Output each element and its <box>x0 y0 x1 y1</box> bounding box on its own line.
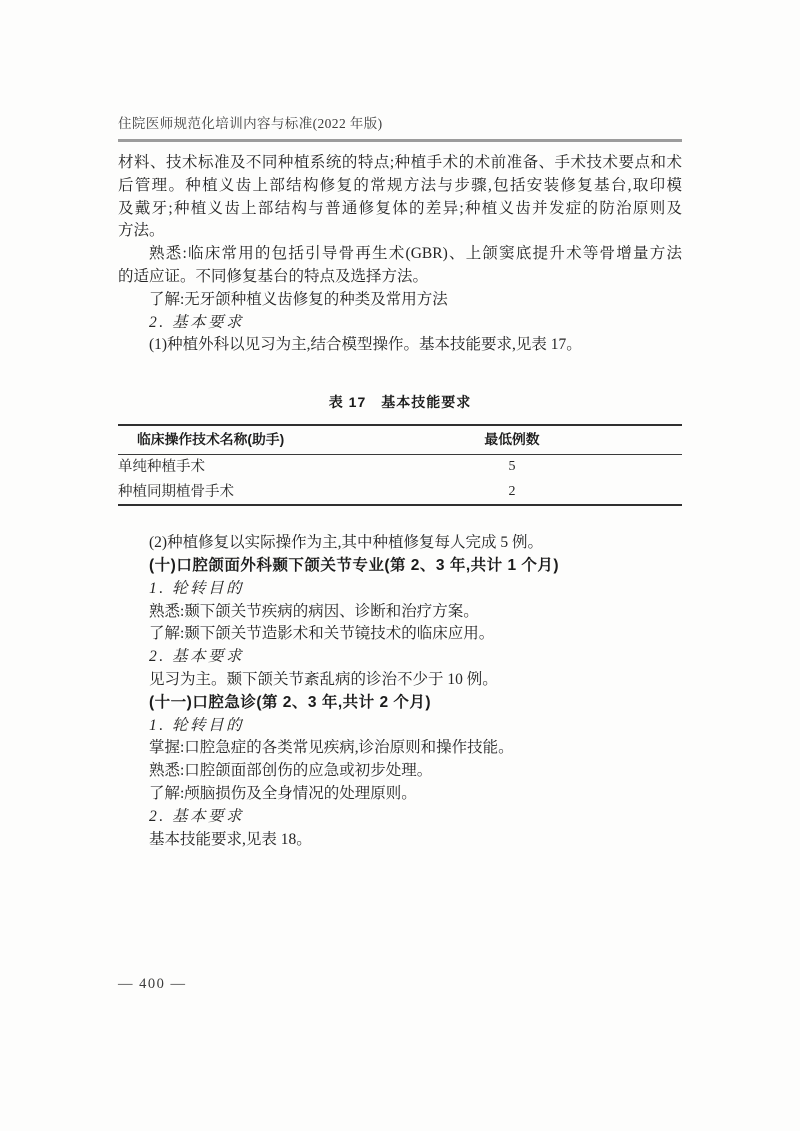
text-line: (1)种植外科以见习为主,结合模型操作。基本技能要求,见表 17。 <box>118 334 682 357</box>
text-line: 基本技能要求,见表 18。 <box>118 829 682 852</box>
table17-block: 表 17 基本技能要求 临床操作技术名称(助手) 最低例数 单纯种植手术5种植同… <box>118 392 682 506</box>
paragraph: (2)种植修复以实际操作为主,其中种植修复每人完成 5 例。 <box>118 532 682 555</box>
paragraph: 掌握:口腔急症的各类常见疾病,诊治原则和操作技能。 <box>118 737 682 760</box>
paragraph: 熟悉:颞下颌关节疾病的病因、诊断和治疗方案。 <box>118 601 682 624</box>
paragraph: 2. 基本要求 <box>118 312 682 335</box>
text-line: 了解:颅脑损伤及全身情况的处理原则。 <box>118 783 682 806</box>
running-head: 住院医师规范化培训内容与标准(2022 年版) <box>118 112 682 132</box>
paragraph: 熟悉:口腔颌面部创伤的应急或初步处理。 <box>118 760 682 783</box>
paragraph: (十)口腔颌面外科颞下颌关节专业(第 2、3 年,共计 1 个月) <box>118 555 682 578</box>
paragraph-group-before-table: 材料、技术标准及不同种植系统的特点;种植手术的术前准备、手术技术要点和术后管理。… <box>118 152 682 357</box>
text-line: 了解:无牙颌种植义齿修复的种类及常用方法 <box>118 289 682 312</box>
paragraph: 2. 基本要求 <box>118 806 682 829</box>
table-cell-name: 种植同期植骨手术 <box>118 481 342 504</box>
text-line: 的适应证。不同修复基台的特点及选择方法。 <box>118 266 682 289</box>
paragraph: 了解:颅脑损伤及全身情况的处理原则。 <box>118 783 682 806</box>
text-line: 方法。 <box>118 220 682 243</box>
text-line: 1. 轮转目的 <box>118 715 682 738</box>
text-line: 1. 轮转目的 <box>118 578 682 601</box>
table17-header-name: 临床操作技术名称(助手) <box>118 429 342 452</box>
text-line: 材料、技术标准及不同种植系统的特点;种植手术的术前准备、手术技术要点和术 <box>118 152 682 175</box>
table17-header-row: 临床操作技术名称(助手) 最低例数 <box>118 426 682 455</box>
footer-page-number: — 400 — <box>118 976 187 993</box>
page-content: 材料、技术标准及不同种植系统的特点;种植手术的术前准备、手术技术要点和术后管理。… <box>118 152 682 851</box>
text-line: 2. 基本要求 <box>118 312 682 335</box>
table-row: 单纯种植手术5 <box>118 455 682 480</box>
text-line: 熟悉:口腔颌面部创伤的应急或初步处理。 <box>118 760 682 783</box>
table17: 临床操作技术名称(助手) 最低例数 单纯种植手术5种植同期植骨手术2 <box>118 424 682 506</box>
paragraph: 了解:无牙颌种植义齿修复的种类及常用方法 <box>118 289 682 312</box>
text-line: 熟悉:颞下颌关节疾病的病因、诊断和治疗方案。 <box>118 601 682 624</box>
paragraph: (1)种植外科以见习为主,结合模型操作。基本技能要求,见表 17。 <box>118 334 682 357</box>
text-line: 掌握:口腔急症的各类常见疾病,诊治原则和操作技能。 <box>118 737 682 760</box>
table17-title: 表 17 基本技能要求 <box>118 392 682 412</box>
text-line: 2. 基本要求 <box>118 806 682 829</box>
paragraph: 了解:颞下颌关节造影术和关节镜技术的临床应用。 <box>118 623 682 646</box>
text-line: (十)口腔颌面外科颞下颌关节专业(第 2、3 年,共计 1 个月) <box>118 555 682 578</box>
text-line: 后管理。种植义齿上部结构修复的常规方法与步骤,包括安装修复基台,取印模 <box>118 175 682 198</box>
paragraph: 1. 轮转目的 <box>118 715 682 738</box>
book-page: 住院医师规范化培训内容与标准(2022 年版) 材料、技术标准及不同种植系统的特… <box>0 0 800 1131</box>
text-line: (十一)口腔急诊(第 2、3 年,共计 2 个月) <box>118 692 682 715</box>
table-cell-name: 单纯种植手术 <box>118 456 342 479</box>
paragraph: 2. 基本要求 <box>118 646 682 669</box>
paragraph: 基本技能要求,见表 18。 <box>118 829 682 852</box>
table-cell-count: 2 <box>342 481 682 504</box>
table-cell-count: 5 <box>342 456 682 479</box>
paragraph: 材料、技术标准及不同种植系统的特点;种植手术的术前准备、手术技术要点和术后管理。… <box>118 152 682 243</box>
text-line: 及戴牙;种植义齿上部结构与普通修复体的差异;种植义齿并发症的防治原则及 <box>118 198 682 221</box>
table17-header-count: 最低例数 <box>342 429 682 452</box>
paragraph: 见习为主。颞下颌关节紊乱病的诊治不少于 10 例。 <box>118 669 682 692</box>
text-line: 了解:颞下颌关节造影术和关节镜技术的临床应用。 <box>118 623 682 646</box>
text-line: 见习为主。颞下颌关节紊乱病的诊治不少于 10 例。 <box>118 669 682 692</box>
text-line: (2)种植修复以实际操作为主,其中种植修复每人完成 5 例。 <box>118 532 682 555</box>
paragraph: (十一)口腔急诊(第 2、3 年,共计 2 个月) <box>118 692 682 715</box>
text-line: 2. 基本要求 <box>118 646 682 669</box>
header-rule <box>118 139 682 142</box>
text-line: 熟悉:临床常用的包括引导骨再生术(GBR)、上颌窦底提升术等骨增量方法 <box>118 243 682 266</box>
paragraph-group-after-table: (2)种植修复以实际操作为主,其中种植修复每人完成 5 例。(十)口腔颌面外科颞… <box>118 532 682 851</box>
table17-body: 单纯种植手术5种植同期植骨手术2 <box>118 455 682 504</box>
table-row: 种植同期植骨手术2 <box>118 480 682 505</box>
paragraph: 1. 轮转目的 <box>118 578 682 601</box>
paragraph: 熟悉:临床常用的包括引导骨再生术(GBR)、上颌窦底提升术等骨增量方法的适应证。… <box>118 243 682 289</box>
